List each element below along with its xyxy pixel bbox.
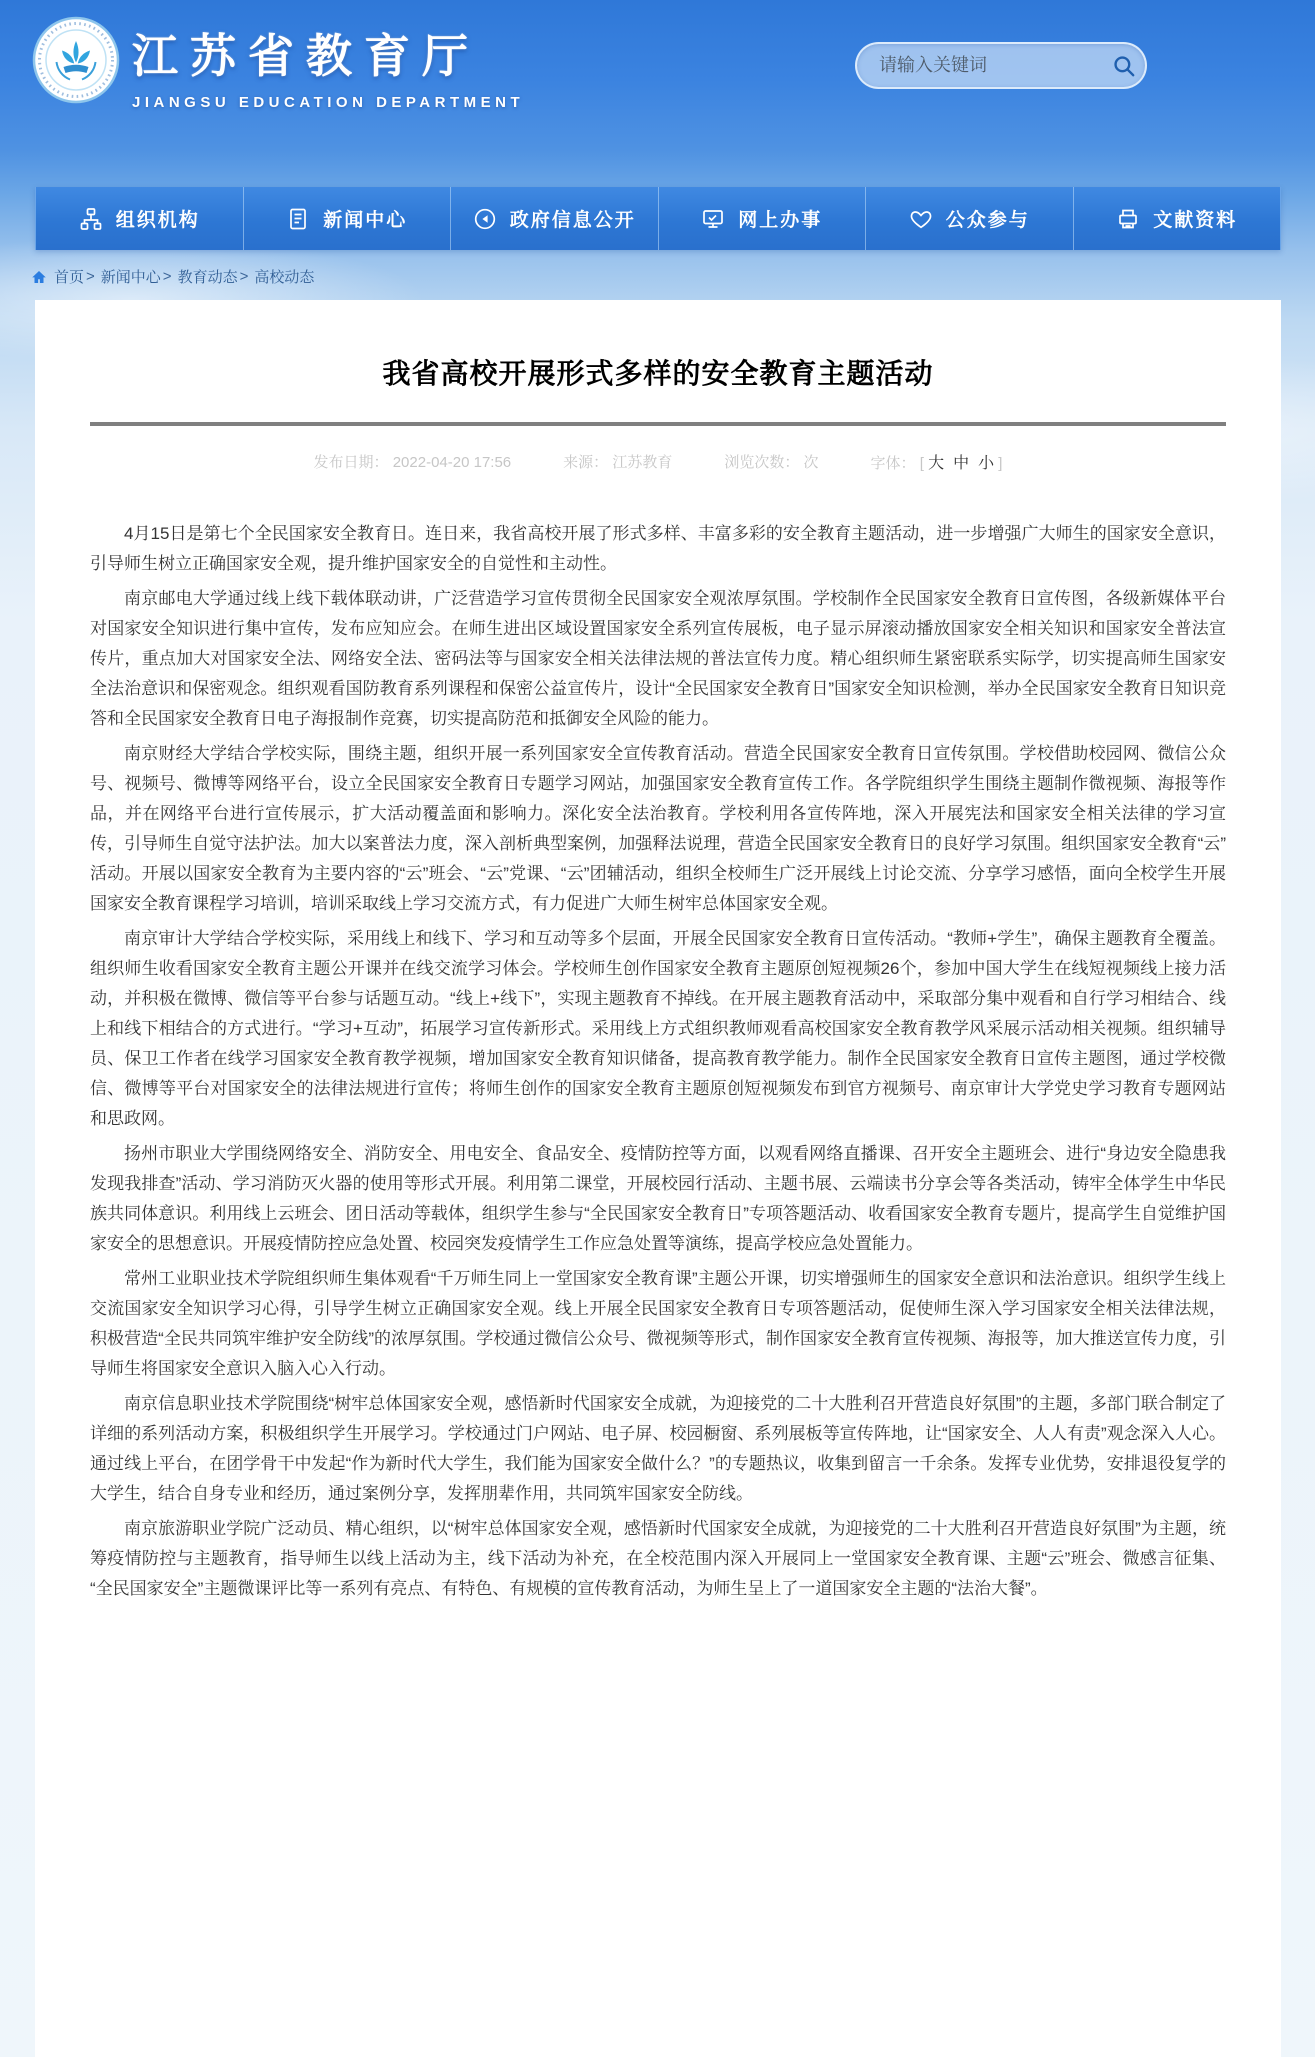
search-icon [1111, 53, 1137, 79]
breadcrumb-separator: > [163, 268, 172, 285]
nav-item-news-center[interactable]: 新闻中心 [244, 187, 452, 250]
font-size-medium-button[interactable]: 中 [953, 450, 969, 473]
nav-label: 政府信息公开 [510, 205, 636, 232]
home-icon [30, 268, 48, 286]
bracket-open: [ [920, 455, 924, 472]
search-box [855, 42, 1147, 89]
bracket-close: ] [998, 455, 1002, 472]
paragraph: 扬州市职业大学围绕网络安全、消防安全、用电安全、食品安全、疫情防控等方面，以观看… [90, 1139, 1226, 1259]
paragraph: 南京信息职业技术学院围绕“树牢总体国家安全观，感悟新时代国家安全成就，为迎接党的… [90, 1389, 1226, 1509]
paragraph: 南京邮电大学通过线上线下载体联动讲，广泛营造学习宣传贯彻全民国家安全观浓厚氛围。… [90, 584, 1226, 734]
site-header: 江苏省教育厅 JIANGSU EDUCATION DEPARTMENT [0, 0, 1315, 187]
search-input[interactable] [879, 55, 1111, 76]
meta-views-label: 浏览次数： [724, 454, 799, 471]
org-chart-icon [79, 207, 103, 231]
article-meta: 发布日期： 2022-04-20 17:56 来源： 江苏教育 浏览次数： 次 … [90, 450, 1226, 473]
site-logo[interactable] [32, 16, 120, 104]
nav-label: 文献资料 [1153, 205, 1237, 232]
nav-item-gov-info[interactable]: 政府信息公开 [451, 187, 659, 250]
archive-icon [1116, 207, 1140, 231]
nav-label: 新闻中心 [323, 205, 407, 232]
meta-source-value: 江苏教育 [612, 454, 672, 471]
paragraph: 南京财经大学结合学校实际，围绕主题，组织开展一系列国家安全宣传教育活动。营造全民… [90, 739, 1226, 919]
paragraph: 4月15日是第七个全民国家安全教育日。连日来，我省高校开展了形式多样、丰富多彩的… [90, 519, 1226, 579]
nav-item-online-services[interactable]: 网上办事 [659, 187, 867, 250]
breadcrumb: 首页 > 新闻中心 > 教育动态 > 高校动态 [30, 266, 314, 287]
meta-font-label: 字体： [871, 455, 916, 472]
breadcrumb-item-home[interactable]: 首页 [54, 266, 84, 287]
news-icon [286, 207, 310, 231]
meta-publish-label: 发布日期： [314, 454, 389, 471]
article-body: 4月15日是第七个全民国家安全教育日。连日来，我省高校开展了形式多样、丰富多彩的… [90, 519, 1226, 1604]
breadcrumb-separator: > [240, 268, 249, 285]
breadcrumb-item-current: 高校动态 [254, 266, 314, 287]
paragraph: 常州工业职业技术学院组织师生集体观看“千万师生同上一堂国家安全教育课”主题公开课… [90, 1264, 1226, 1384]
content-card: 我省高校开展形式多样的安全教育主题活动 发布日期： 2022-04-20 17:… [35, 300, 1281, 2057]
nav-item-organization[interactable]: 组织机构 [36, 187, 244, 250]
font-size-small-button[interactable]: 小 [978, 450, 994, 473]
nav-label: 组织机构 [116, 205, 200, 232]
online-service-icon [701, 207, 725, 231]
meta-publish-date: 2022-04-20 17:56 [393, 454, 511, 471]
main-nav: 组织机构 新闻中心 政府信息公开 网上办事 公众参与 文献资料 [35, 187, 1281, 250]
paragraph: 南京审计大学结合学校实际，采用线上和线下、学习和互动等多个层面，开展全民国家安全… [90, 924, 1226, 1134]
meta-source: 来源： 江苏教育 [563, 451, 672, 472]
heart-icon [909, 207, 933, 231]
nav-label: 公众参与 [946, 205, 1030, 232]
site-subtitle: JIANGSU EDUCATION DEPARTMENT [132, 94, 524, 111]
article-title: 我省高校开展形式多样的安全教育主题活动 [90, 352, 1226, 392]
site-title: 江苏省教育厅 [132, 20, 524, 86]
breadcrumb-separator: > [86, 268, 95, 285]
info-disclosure-icon [473, 207, 497, 231]
meta-publish: 发布日期： 2022-04-20 17:56 [314, 451, 512, 472]
breadcrumb-item-news[interactable]: 新闻中心 [101, 266, 161, 287]
paragraph: 南京旅游职业学院广泛动员、精心组织，以“树牢总体国家安全观，感悟新时代国家安全成… [90, 1514, 1226, 1604]
breadcrumb-item-edu-news[interactable]: 教育动态 [178, 266, 238, 287]
site-brand: 江苏省教育厅 JIANGSU EDUCATION DEPARTMENT [132, 20, 524, 111]
meta-views-value: 次 [804, 454, 819, 471]
meta-font-control: 字体： [ 大 中 小 ] [871, 450, 1003, 473]
nav-label: 网上办事 [738, 205, 822, 232]
meta-views: 浏览次数： 次 [724, 451, 818, 472]
nav-item-documents[interactable]: 文献资料 [1074, 187, 1281, 250]
font-size-large-button[interactable]: 大 [928, 450, 944, 473]
search-button[interactable] [1111, 51, 1137, 81]
title-divider [90, 422, 1226, 426]
meta-source-label: 来源： [563, 454, 608, 471]
nav-item-public-participation[interactable]: 公众参与 [866, 187, 1074, 250]
